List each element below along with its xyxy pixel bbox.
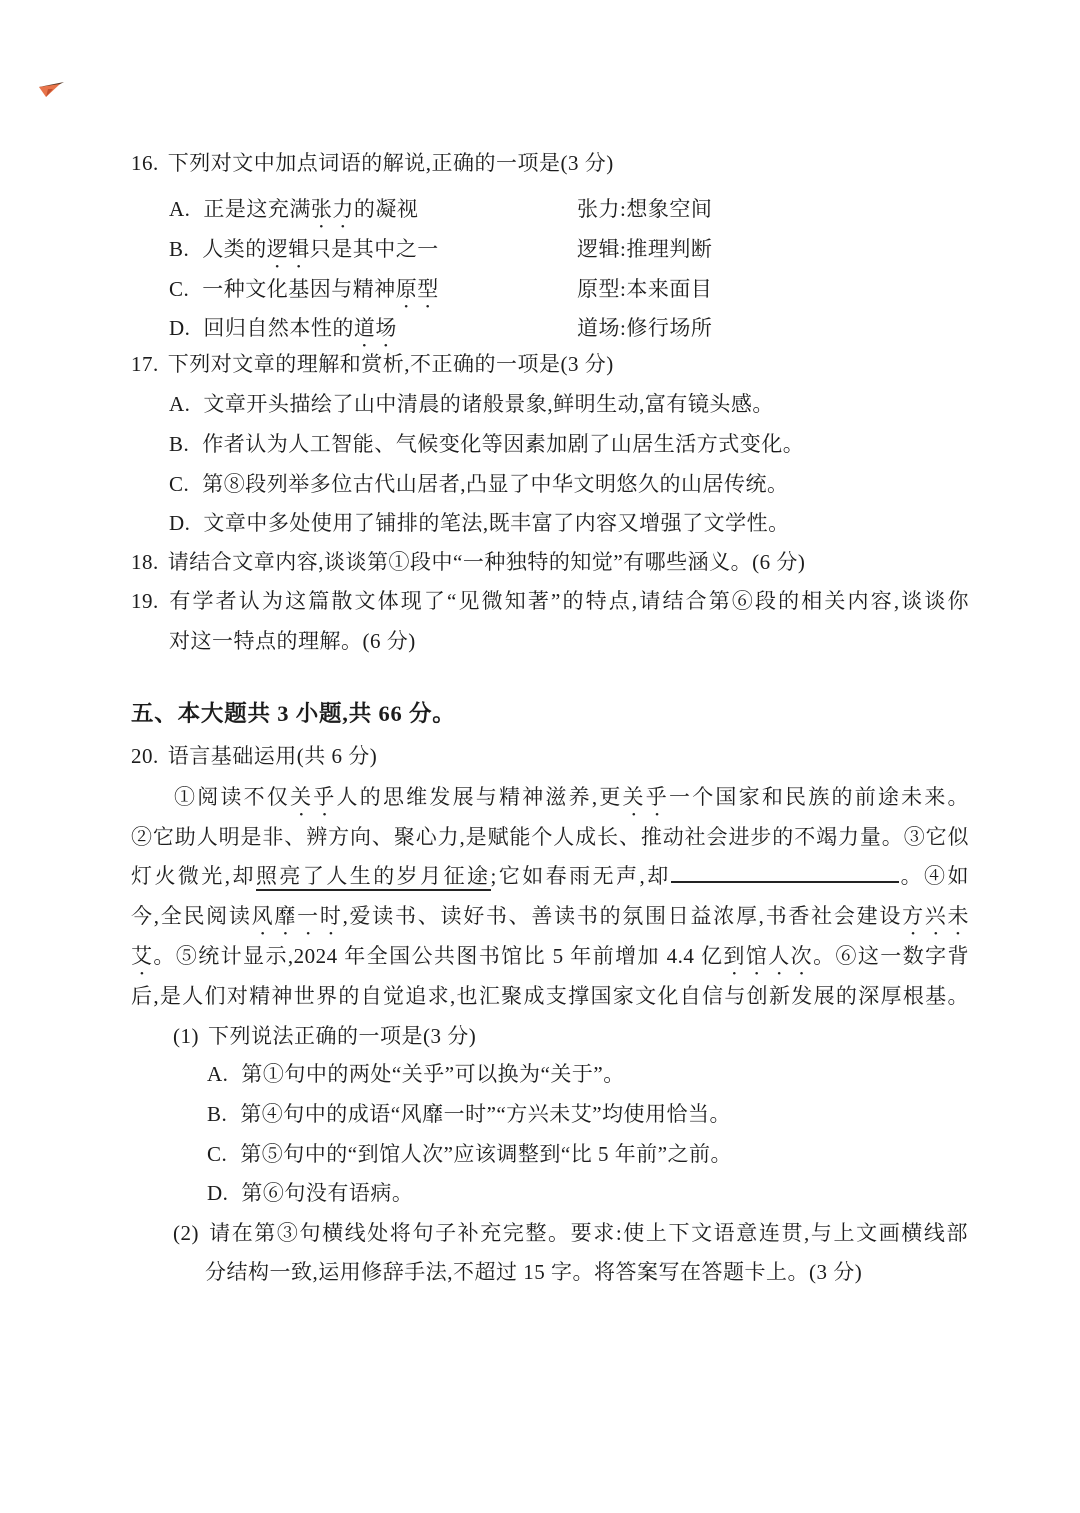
- q19-line2: 对这一特点的理解。(6 分): [169, 626, 416, 656]
- passage-line-1: ①阅读不仅关乎人的思维发展与精神滋养,更关乎一个国家和民族的前途未来。: [131, 782, 969, 821]
- text-segment: 后,是人们对精神世界的自觉追求,也汇聚成支撑国家文化自信与创新发展的深厚根基。: [131, 984, 969, 1008]
- option-text: 第⑧段列举多位古代山居者,凸显了中华文明悠久的山居传统。: [202, 472, 788, 496]
- option-text: 人类的逻辑只是其中之一: [202, 237, 439, 261]
- q16-stem: 16.下列对文中加点词语的解说,正确的一项是(3 分): [131, 148, 614, 178]
- q20-sub1-option-c: C.第⑤句中的“到馆人次”应该调整到“比 5 年前”之前。: [207, 1139, 1007, 1169]
- q20-sub1-number: (1): [173, 1021, 199, 1051]
- emph-segment: 道场: [354, 316, 397, 340]
- option-label: B.: [207, 1099, 227, 1129]
- text-segment: 只是其中之一: [310, 237, 439, 261]
- q20-sub1-stem-text: 下列说法正确的一项是(3 分): [208, 1024, 476, 1048]
- emph-segment: 张力: [311, 197, 354, 221]
- q20-title-text: 语言基础运用(共 6 分): [168, 744, 378, 768]
- emph-segment: 逻辑: [267, 237, 310, 261]
- text-segment: 今,全民阅读: [131, 904, 252, 928]
- text-segment: 一种文化基因与精神: [202, 277, 396, 301]
- q16-number: 16.: [131, 148, 159, 178]
- option-text: 第⑤句中的“到馆人次”应该调整到“比 5 年前”之前。: [240, 1142, 732, 1166]
- q17-option-a: A.文章开头描绘了山中清晨的诸般景象,鲜明生动,富有镜头感。: [169, 389, 1029, 419]
- gloss-text: 道场:修行场所: [577, 313, 712, 343]
- passage-line-5: 艾。⑤统计显示,2024 年全国公共图书馆比 5 年前增加 4.4 亿到馆人次。…: [131, 941, 969, 980]
- option-label: B.: [169, 429, 189, 459]
- q17-number: 17.: [131, 349, 159, 379]
- option-text: 一种文化基因与精神原型: [202, 277, 439, 301]
- q20-sub1-option-d: D.第⑥句没有语病。: [207, 1178, 1007, 1208]
- q20-number: 20.: [131, 741, 159, 771]
- q20-sub2-line2: 分结构一致,运用修辞手法,不超过 15 字。将答案写在答题卡上。(3 分): [205, 1257, 862, 1287]
- section5-heading: 五、本大题共 3 小题,共 66 分。: [131, 699, 456, 729]
- emph-segment: 原型: [396, 277, 439, 301]
- q16-option-d: D.回归自然本性的道场 道场:修行场所: [169, 313, 1029, 352]
- q19-text-line2: 对这一特点的理解。(6 分): [169, 629, 416, 653]
- option-text: 第⑥句没有语病。: [241, 1181, 413, 1205]
- q16-option-c: C.一种文化基因与精神原型 原型:本来面目: [169, 274, 1029, 313]
- gloss-text: 逻辑:推理判断: [577, 234, 712, 264]
- q18-text: 请结合文章内容,谈谈第①段中“一种独特的知觉”有哪些涵义。(6 分): [168, 550, 806, 574]
- passage-line-6: 后,是人们对精神世界的自觉追求,也汇聚成支撑国家文化自信与创新发展的深厚根基。: [131, 981, 969, 1011]
- option-text: 作者认为人工智能、气候变化等因素加剧了山居生活方式变化。: [202, 432, 804, 456]
- option-text: 正是这充满张力的凝视: [203, 197, 418, 221]
- option-label: C.: [169, 274, 189, 304]
- option-label: B.: [169, 234, 189, 264]
- option-text: 回归自然本性的道场: [203, 316, 397, 340]
- underline-segment: 照亮了人生的岁月征途: [256, 864, 491, 891]
- q16-stem-text: 下列对文中加点词语的解说,正确的一项是(3 分): [168, 151, 614, 175]
- q20-sub1-stem: (1)下列说法正确的一项是(3 分): [173, 1021, 476, 1051]
- option-text: 文章中多处使用了铺排的笔法,既丰富了内容又增强了文学性。: [203, 511, 789, 535]
- q18-stem: 18.请结合文章内容,谈谈第①段中“一种独特的知觉”有哪些涵义。(6 分): [131, 547, 805, 577]
- text-segment: 。⑥这一数字背: [813, 944, 969, 968]
- option-label: C.: [207, 1139, 227, 1169]
- passage-line-4: 今,全民阅读风靡一时,爱读书、读好书、善读书的氛围日益浓厚,书香社会建设方兴未: [131, 901, 969, 940]
- q17-stem-text: 下列对文章的理解和赏析,不正确的一项是(3 分): [168, 352, 614, 376]
- text-segment: 回归自然本性的: [203, 316, 354, 340]
- emph-segment: 艾: [131, 944, 153, 968]
- q19-number: 19.: [131, 586, 159, 616]
- orange-arrow-icon: [36, 80, 66, 106]
- text-segment: ,爱读书、读好书、善读书的氛围日益浓厚,书香社会建设: [343, 904, 903, 928]
- q20-sub1-option-a: A.第①句中的两处“关乎”可以换为“关于”。: [207, 1059, 1007, 1089]
- q20-sub2-text-line1: 请在第③句横线处将句子补充完整。要求:使上下文语意连贯,与上文画横线部: [208, 1221, 968, 1245]
- q20-sub1-option-b: B.第④句中的成语“风靡一时”“方兴未艾”均使用恰当。: [207, 1099, 1007, 1129]
- q17-option-b: B.作者认为人工智能、气候变化等因素加剧了山居生活方式变化。: [169, 429, 1029, 459]
- q19-line1: 19.有学者认为这篇散文体现了“见微知著”的特点,请结合第⑥段的相关内容,谈谈你: [131, 586, 969, 616]
- q20-sub2-number: (2): [173, 1218, 199, 1248]
- gloss-text: 原型:本来面目: [577, 274, 712, 304]
- blank-segment: [671, 861, 899, 883]
- emph-segment: 关乎: [623, 785, 669, 809]
- passage-line-2: ②它助人明是非、辨方向、聚心力,是赋能个人成长、推动社会进步的不竭力量。③它似: [131, 822, 969, 852]
- option-text: 第④句中的成语“风靡一时”“方兴未艾”均使用恰当。: [240, 1102, 731, 1126]
- q17-stem: 17.下列对文章的理解和赏析,不正确的一项是(3 分): [131, 349, 614, 379]
- text-segment: ;它如春雨无声,却: [491, 864, 671, 888]
- q16-option-b: B.人类的逻辑只是其中之一 逻辑:推理判断: [169, 234, 1029, 273]
- text-segment: ①阅读不仅: [174, 785, 290, 809]
- emph-segment: 风靡一时: [252, 904, 343, 928]
- option-label: D.: [169, 508, 190, 538]
- option-text: 第①句中的两处“关乎”可以换为“关于”。: [241, 1062, 624, 1086]
- q20-title: 20.语言基础运用(共 6 分): [131, 741, 377, 771]
- q16-option-a: A.正是这充满张力的凝视 张力:想象空间: [169, 194, 1029, 233]
- gloss-text: 张力:想象空间: [577, 194, 712, 224]
- q19-text-line1: 有学者认为这篇散文体现了“见微知著”的特点,请结合第⑥段的相关内容,谈谈你: [168, 589, 969, 613]
- option-label: D.: [207, 1178, 228, 1208]
- q18-number: 18.: [131, 547, 159, 577]
- text-segment: 人的思维发展与精神滋养,更: [337, 785, 623, 809]
- text-segment: 。⑤统计显示,2024 年全国公共图书馆比 5 年前增加 4.4 亿: [153, 944, 723, 968]
- q20-sub2-text-line2: 分结构一致,运用修辞手法,不超过 15 字。将答案写在答题卡上。(3 分): [205, 1260, 862, 1284]
- option-label: A.: [169, 194, 190, 224]
- option-label: C.: [169, 469, 189, 499]
- text-segment: 灯火微光,却: [131, 864, 256, 888]
- text-segment: 的凝视: [354, 197, 419, 221]
- option-text: 文章开头描绘了山中清晨的诸般景象,鲜明生动,富有镜头感。: [203, 392, 774, 416]
- option-label: A.: [207, 1059, 228, 1089]
- emph-segment: 到馆人次: [723, 944, 813, 968]
- q17-option-d: D.文章中多处使用了铺排的笔法,既丰富了内容又增强了文学性。: [169, 508, 1029, 538]
- text-segment: 。④如: [899, 864, 969, 888]
- text-segment: 一个国家和民族的前途未来。: [669, 785, 969, 809]
- text-segment: 正是这充满: [203, 197, 311, 221]
- text-segment: ②它助人明是非、辨方向、聚心力,是赋能个人成长、推动社会进步的不竭力量。③它似: [131, 825, 969, 849]
- option-label: A.: [169, 389, 190, 419]
- option-label: D.: [169, 313, 190, 343]
- q17-option-c: C.第⑧段列举多位古代山居者,凸显了中华文明悠久的山居传统。: [169, 469, 1029, 499]
- emph-segment: 关乎: [290, 785, 336, 809]
- exam-page: 16.下列对文中加点词语的解说,正确的一项是(3 分) A.正是这充满张力的凝视…: [0, 0, 1080, 1513]
- passage-line-3: 灯火微光,却照亮了人生的岁月征途;它如春雨无声,却。④如: [131, 861, 969, 891]
- q20-sub2-line1: (2)请在第③句横线处将句子补充完整。要求:使上下文语意连贯,与上文画横线部: [173, 1218, 968, 1248]
- emph-segment: 方兴未: [902, 904, 969, 928]
- section5-heading-text: 五、本大题共 3 小题,共 66 分。: [131, 701, 456, 726]
- text-segment: 人类的: [202, 237, 267, 261]
